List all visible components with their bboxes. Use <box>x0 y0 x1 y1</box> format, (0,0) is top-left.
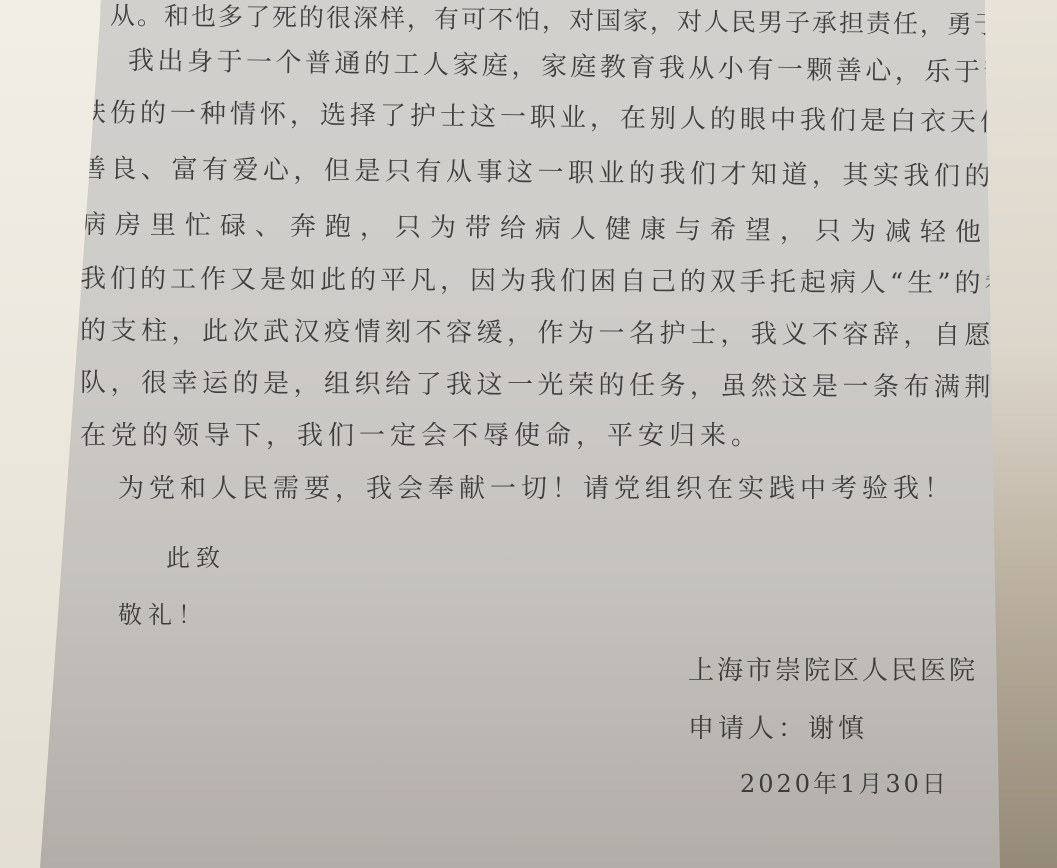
body-line-6: 我们的工作又是如此的平凡，因为我们困自己的双手托起病人“生”的希望，我们是他们 <box>80 258 1057 301</box>
body-line-3: 扶伤的一种情怀，选择了护士这一职业，在别人的眼中我们是白衣天使，代表着纯洁、 <box>80 92 1057 141</box>
salutation-jing-li: 敬礼！ <box>118 595 208 630</box>
body-line-7: 的支柱，此次武汉疫情刻不容缓，作为一名护士，我义不容辞，自愿报名加入援鄂医疗 <box>80 310 1057 353</box>
body-line-1: 从。和也多了死的很深样，有可不怕，对国家，对人民男子承担责任，勇于负责担当的人。 <box>110 0 1057 43</box>
body-line-4: 善良、富有爱心，但是只有从事这一职业的我们才知道，其实我们的工作很辛苦，每天在 <box>80 148 1057 195</box>
body-line-5: 病房里忙碌、奔跑，只为带给病人健康与希望，只为减轻他们的病痛与苦楚，然而 <box>80 204 1057 252</box>
letter-paper: 从。和也多了死的很深样，有可不怕，对国家，对人民男子承担责任，勇于负责担当的人。… <box>40 0 1000 868</box>
signature-applicant: 申请人：谢慎 <box>688 708 868 745</box>
signature-date: 2020年1月30日 <box>740 764 949 799</box>
body-line-8: 队，很幸运的是，组织给了我这一光荣的任务，虽然这是一条布满荆棘的路，但我坚信 <box>80 362 1057 405</box>
closing-line: 为党和人民需要，我会奉献一切！请党组织在实践中考验我！ <box>118 468 955 505</box>
signature-institution: 上海市崇院区人民医院 <box>688 650 978 687</box>
salutation-ci-zhi: 此致 <box>166 538 226 573</box>
body-line-9: 在党的领导下，我们一定会不辱使命，平安归来。 <box>80 415 762 452</box>
body-line-2: 我出身于一个普通的工人家庭，家庭教育我从小有一颗善心，乐于帮助别人，出于救死 <box>128 40 1057 93</box>
